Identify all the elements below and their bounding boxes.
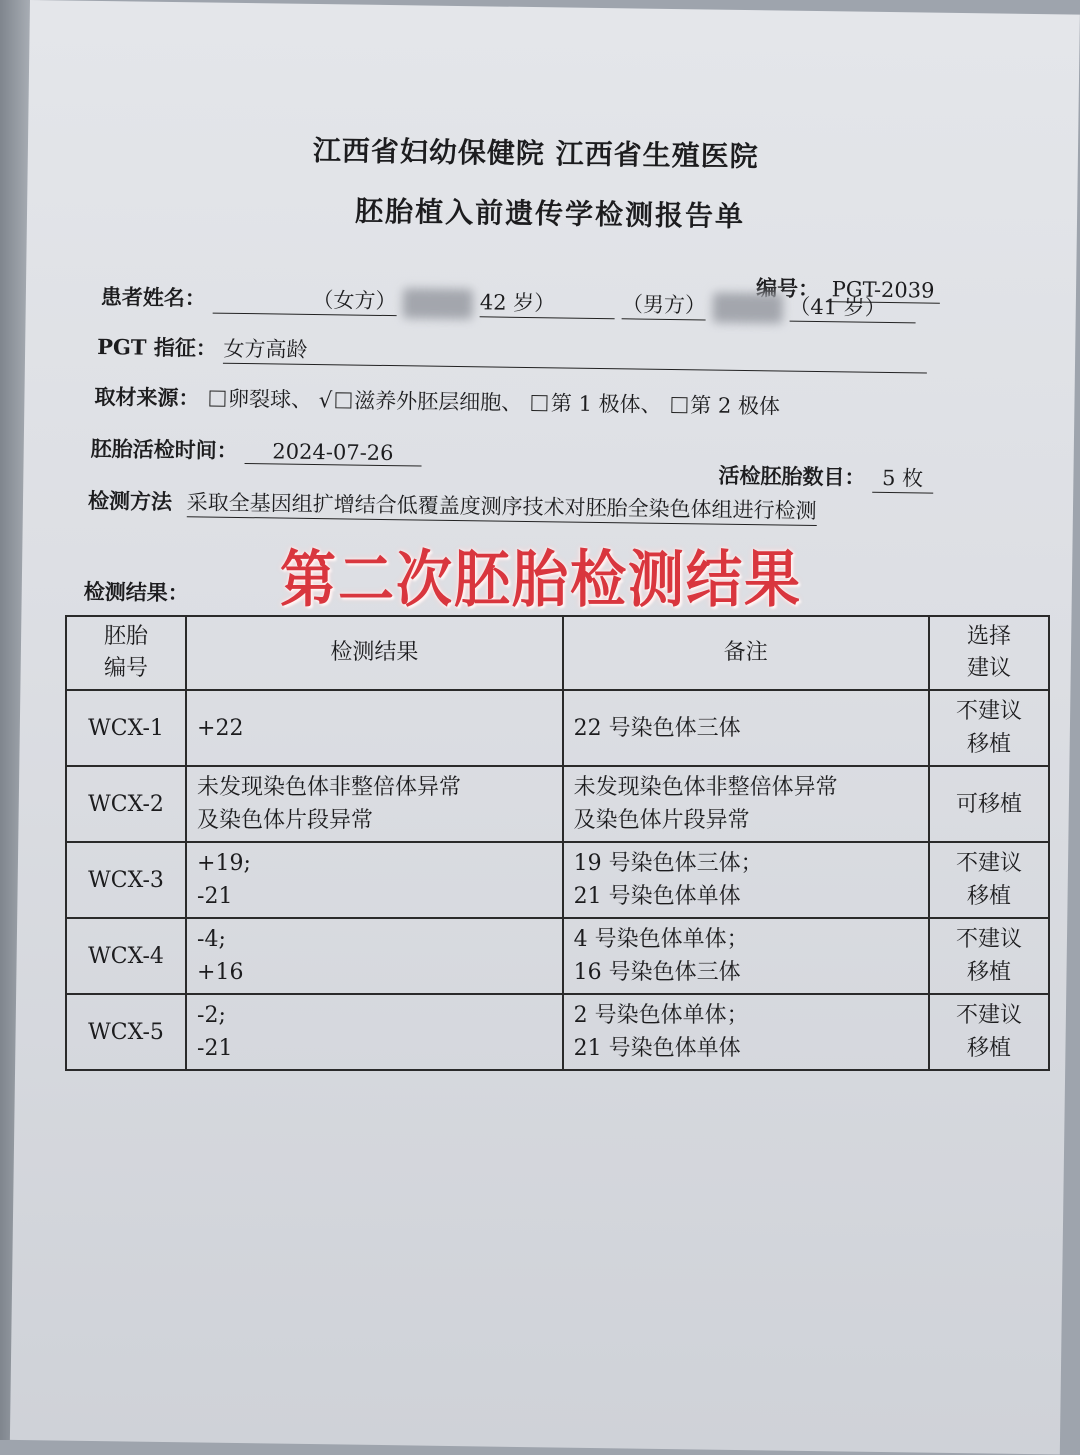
- patient-name-label: 患者姓名：: [101, 284, 206, 310]
- table-row: WCX-2 未发现染色体非整倍体异常及染色体片段异常 未发现染色体非整倍体异常及…: [66, 766, 1049, 842]
- embryo-id: WCX-1: [66, 690, 186, 766]
- redacted-female-name: [403, 288, 473, 319]
- checkbox-polar-body-2[interactable]: [671, 397, 687, 413]
- table-row: WCX-1 +22 22 号染色体三体 不建议移植: [66, 690, 1049, 766]
- option-polar-body-2: 第 2 极体: [690, 393, 780, 418]
- table-row: WCX-3 +19;-21 19 号染色体三体；21 号染色体单体 不建议移植: [66, 842, 1049, 918]
- overlay-banner: 第二次胚胎检测结果: [280, 531, 802, 619]
- result-cell: -4;+16: [186, 918, 563, 994]
- checkbox-polar-body-1[interactable]: [532, 395, 548, 411]
- advice-cell: 不建议移植: [929, 842, 1049, 918]
- embryo-count-value: 5 枚: [872, 462, 933, 494]
- option-trophectoderm: 滋养外胚层细胞、: [354, 389, 522, 415]
- indication-label: PGT 指征：: [97, 334, 217, 361]
- male-label: （男方）: [622, 288, 706, 320]
- checkbox-trophectoderm[interactable]: [335, 392, 351, 408]
- note-cell: 未发现染色体非整倍体异常及染色体片段异常: [563, 766, 929, 842]
- female-label: （女方）: [212, 283, 396, 317]
- report-title: 胚胎植入前遗传学检测报告单: [355, 190, 746, 235]
- option-blastomere: 卵裂球、: [228, 387, 312, 412]
- sample-source-label: 取材来源：: [94, 384, 199, 410]
- header-embryo-id: 胚胎编号: [66, 616, 186, 690]
- note-cell: 2 号染色体单体；21 号染色体单体: [563, 994, 929, 1070]
- indication-value: 女方高龄: [223, 333, 927, 374]
- results-label: 检测结果：: [84, 576, 189, 607]
- table-row: WCX-4 -4;+16 4 号染色体单体；16 号染色体三体 不建议移植: [66, 918, 1049, 994]
- embryo-id: WCX-2: [66, 766, 186, 842]
- result-cell: 未发现染色体非整倍体异常及染色体片段异常: [186, 766, 563, 842]
- embryo-id: WCX-4: [66, 918, 186, 994]
- embryo-count-label: 活检胚胎数目：: [718, 463, 865, 490]
- note-cell: 22 号染色体三体: [563, 690, 929, 766]
- indication-row: PGT 指征： 女方高龄: [97, 331, 928, 374]
- method-value: 采取全基因组扩增结合低覆盖度测序技术对胚胎全染色体组进行检测: [186, 486, 816, 526]
- embryo-id: WCX-5: [66, 994, 186, 1070]
- result-cell: -2;-21: [186, 994, 563, 1070]
- advice-cell: 不建议移植: [929, 994, 1049, 1070]
- method-label: 检测方法: [88, 488, 172, 514]
- female-age: 42 岁）: [480, 286, 616, 319]
- embryo-count-row: 活检胚胎数目： 5 枚: [718, 460, 933, 494]
- biopsy-date-label: 胚胎活检时间：: [91, 436, 238, 463]
- header-result: 检测结果: [186, 616, 563, 690]
- table-row: WCX-5 -2;-21 2 号染色体单体；21 号染色体单体 不建议移植: [66, 994, 1049, 1070]
- checkbox-blastomere[interactable]: [209, 391, 225, 407]
- result-cell: +19;-21: [186, 842, 563, 918]
- advice-cell: 不建议移植: [929, 918, 1049, 994]
- note-cell: 19 号染色体三体；21 号染色体单体: [563, 842, 929, 918]
- check-mark-icon: √: [319, 388, 333, 412]
- biopsy-date-value: 2024-07-26: [244, 439, 421, 466]
- embryo-id: WCX-3: [66, 842, 186, 918]
- result-cell: +22: [186, 690, 563, 766]
- redacted-male-name: [712, 292, 782, 323]
- header-note: 备注: [563, 616, 929, 690]
- table-header-row: 胚胎编号 检测结果 备注 选择建议: [66, 616, 1049, 690]
- sample-source-row: 取材来源： 卵裂球、 √滋养外胚层细胞、 第 1 极体、 第 2 极体: [94, 381, 780, 421]
- option-polar-body-1: 第 1 极体、: [551, 391, 662, 417]
- institution-title: 江西省妇幼保健院 江西省生殖医院: [313, 129, 759, 175]
- advice-cell: 不建议移植: [929, 690, 1049, 766]
- results-label-text: 检测结果：: [84, 579, 189, 605]
- male-age: （41 岁）: [789, 291, 916, 324]
- advice-cell: 可移植: [929, 766, 1049, 842]
- method-row: 检测方法 采取全基因组扩增结合低覆盖度测序技术对胚胎全染色体组进行检测: [88, 485, 817, 526]
- header-advice: 选择建议: [929, 616, 1049, 690]
- results-table: 胚胎编号 检测结果 备注 选择建议 WCX-1 +22 22 号染色体三体 不建…: [65, 615, 1050, 1071]
- note-cell: 4 号染色体单体；16 号染色体三体: [563, 918, 929, 994]
- biopsy-date-row: 胚胎活检时间： 2024-07-26: [91, 433, 422, 468]
